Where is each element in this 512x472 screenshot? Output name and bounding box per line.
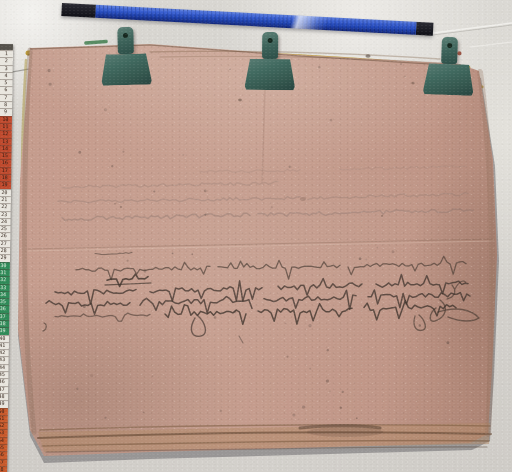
scale-cm-51: 51	[0, 415, 8, 422]
clip-hole	[447, 43, 452, 48]
scale-cm-33: 33	[0, 283, 10, 290]
clip-rust-spot	[457, 51, 461, 55]
clip-body	[245, 59, 295, 90]
scale-cm-53: 53	[0, 429, 8, 436]
tape-end-cap-left	[61, 3, 96, 18]
clip-hole	[123, 33, 128, 38]
scale-cm-47: 47	[0, 386, 8, 393]
scale-cm-24: 24	[0, 218, 11, 225]
clip-hinge-knob	[117, 27, 134, 54]
scale-cm-17: 17	[0, 167, 11, 174]
scale-cm-57: 57	[0, 459, 7, 466]
scale-cm-44: 44	[0, 364, 9, 371]
scale-cm-54: 54	[0, 437, 8, 444]
scale-cm-38: 38	[0, 320, 9, 327]
scale-cm-26: 26	[0, 232, 10, 239]
scale-cm-12: 12	[0, 130, 12, 137]
scale-cm-55: 55	[0, 444, 7, 451]
photograph-scene: 1234567891011121314151617181920212223242…	[0, 0, 512, 472]
bulldog-clip-left	[100, 26, 152, 85]
scale-cm-21: 21	[0, 196, 11, 203]
scale-cm-18: 18	[0, 174, 11, 181]
scale-cm-43: 43	[0, 356, 9, 363]
scale-cm-50: 50	[0, 408, 8, 415]
scale-cm-37: 37	[0, 313, 9, 320]
scale-cm-42: 42	[0, 349, 9, 356]
scale-cm-46: 46	[0, 378, 8, 385]
tape-end-cap-right	[416, 22, 434, 36]
scale-cm-29: 29	[0, 254, 10, 261]
scale-cm-27: 27	[0, 240, 10, 247]
scale-cm-40: 40	[0, 335, 9, 342]
scale-cm-30: 30	[0, 262, 10, 269]
scale-cm-16: 16	[0, 159, 11, 166]
scale-cm-25: 25	[0, 225, 10, 232]
scale-cm-32: 32	[0, 276, 10, 283]
scale-cm-52: 52	[0, 422, 8, 429]
scale-cm-31: 31	[0, 269, 10, 276]
scale-cm-56: 56	[0, 451, 7, 458]
scale-cm-11: 11	[0, 123, 12, 130]
clip-hinge-knob	[441, 37, 458, 65]
cm-color-scale: 1234567891011121314151617181920212223242…	[0, 44, 13, 472]
scale-cm-39: 39	[0, 327, 9, 334]
scale-cm-45: 45	[0, 371, 8, 378]
clip-body	[101, 53, 152, 85]
scale-cm-23: 23	[0, 211, 11, 218]
clip-hinge-knob	[262, 32, 278, 59]
scale-cm-14: 14	[0, 145, 12, 152]
scale-cm-20: 20	[0, 189, 11, 196]
scale-cm-19: 19	[0, 181, 11, 188]
clip-body	[423, 63, 474, 96]
scale-cm-35: 35	[0, 298, 9, 305]
clip-hole	[268, 38, 273, 43]
scale-cm-10: 10	[0, 116, 12, 123]
scale-cm-49: 49	[0, 400, 8, 407]
scale-cm-48: 48	[0, 393, 8, 400]
scale-cm-13: 13	[0, 138, 12, 145]
scale-cm-28: 28	[0, 247, 10, 254]
bulldog-clip-right	[423, 36, 475, 96]
scale-cm-22: 22	[0, 203, 11, 210]
scale-cm-15: 15	[0, 152, 11, 159]
scale-cm-36: 36	[0, 305, 9, 312]
scale-cm-58: 58	[0, 466, 7, 472]
scale-cm-34: 34	[0, 291, 10, 298]
scale-cm-41: 41	[0, 342, 9, 349]
bulldog-clip-center	[245, 32, 296, 90]
